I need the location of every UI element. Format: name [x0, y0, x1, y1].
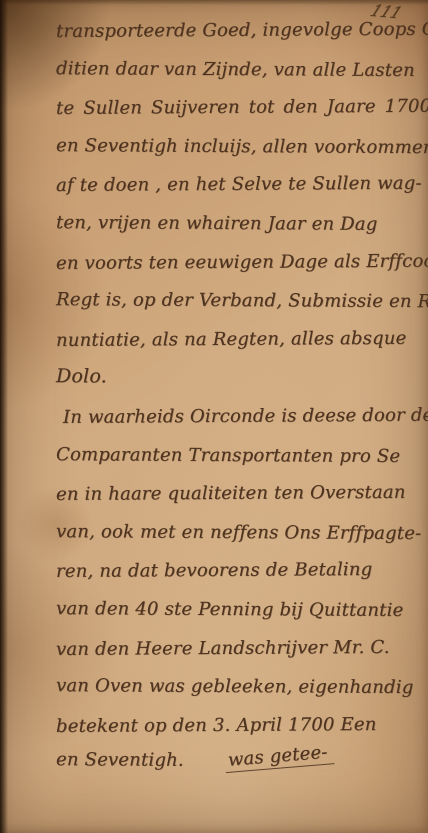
manuscript-line: en in haare qualiteiten ten Overstaan: [0, 473, 428, 514]
manuscript-line: van Oven was gebleeken, eigenhandig: [0, 666, 428, 707]
signature-note: was getee-: [224, 741, 334, 773]
manuscript-line: te Sullen Suijveren tot den Jaare 1700: [0, 87, 428, 128]
manuscript-line: en Seventigh incluijs, allen voorkommer: [0, 126, 428, 167]
manuscript-line: Dolo.: [0, 357, 428, 398]
page-top-edge: [0, 0, 428, 5]
manuscript-text: transporteerde Goed, ingevolge Coops Con…: [0, 11, 428, 783]
manuscript-line: transporteerde Goed, ingevolge Coops Con…: [0, 10, 428, 51]
manuscript-line: Regt is, op der Verband, Submissie en Re…: [0, 280, 428, 321]
manuscript-line: nuntiatie, als na Regten, alles absque: [0, 318, 428, 359]
manuscript-line: en Seventigh. was getee-: [0, 743, 428, 784]
manuscript-line: af te doen , en het Selve te Sullen wag-: [0, 164, 428, 205]
manuscript-line: ditien daar van Zijnde, van alle Lasten: [0, 48, 428, 89]
manuscript-page: 111 transporteerde Goed, ingevolge Coops…: [0, 0, 428, 833]
manuscript-line: ten, vrijen en whairen Jaar en Dag: [0, 203, 428, 244]
manuscript-line: Comparanten Transportanten pro Se: [0, 434, 428, 475]
manuscript-line: ren, na dat bevoorens de Betaling: [0, 550, 428, 591]
manuscript-line: en voorts ten eeuwigen Dage als Erffcoop…: [0, 241, 428, 282]
closing-words: en Seventigh.: [56, 749, 184, 771]
manuscript-line: van den 40 ste Penning bij Quittantie: [0, 589, 428, 630]
manuscript-line: betekent op den 3. April 1700 Een: [0, 704, 428, 745]
manuscript-line: van, ook met en neffens Ons Erffpagte-: [0, 512, 428, 553]
manuscript-line: In waarheids Oirconde is deese door de: [0, 396, 428, 437]
manuscript-line: van den Heere Landschrijver Mr. C.: [0, 627, 428, 668]
